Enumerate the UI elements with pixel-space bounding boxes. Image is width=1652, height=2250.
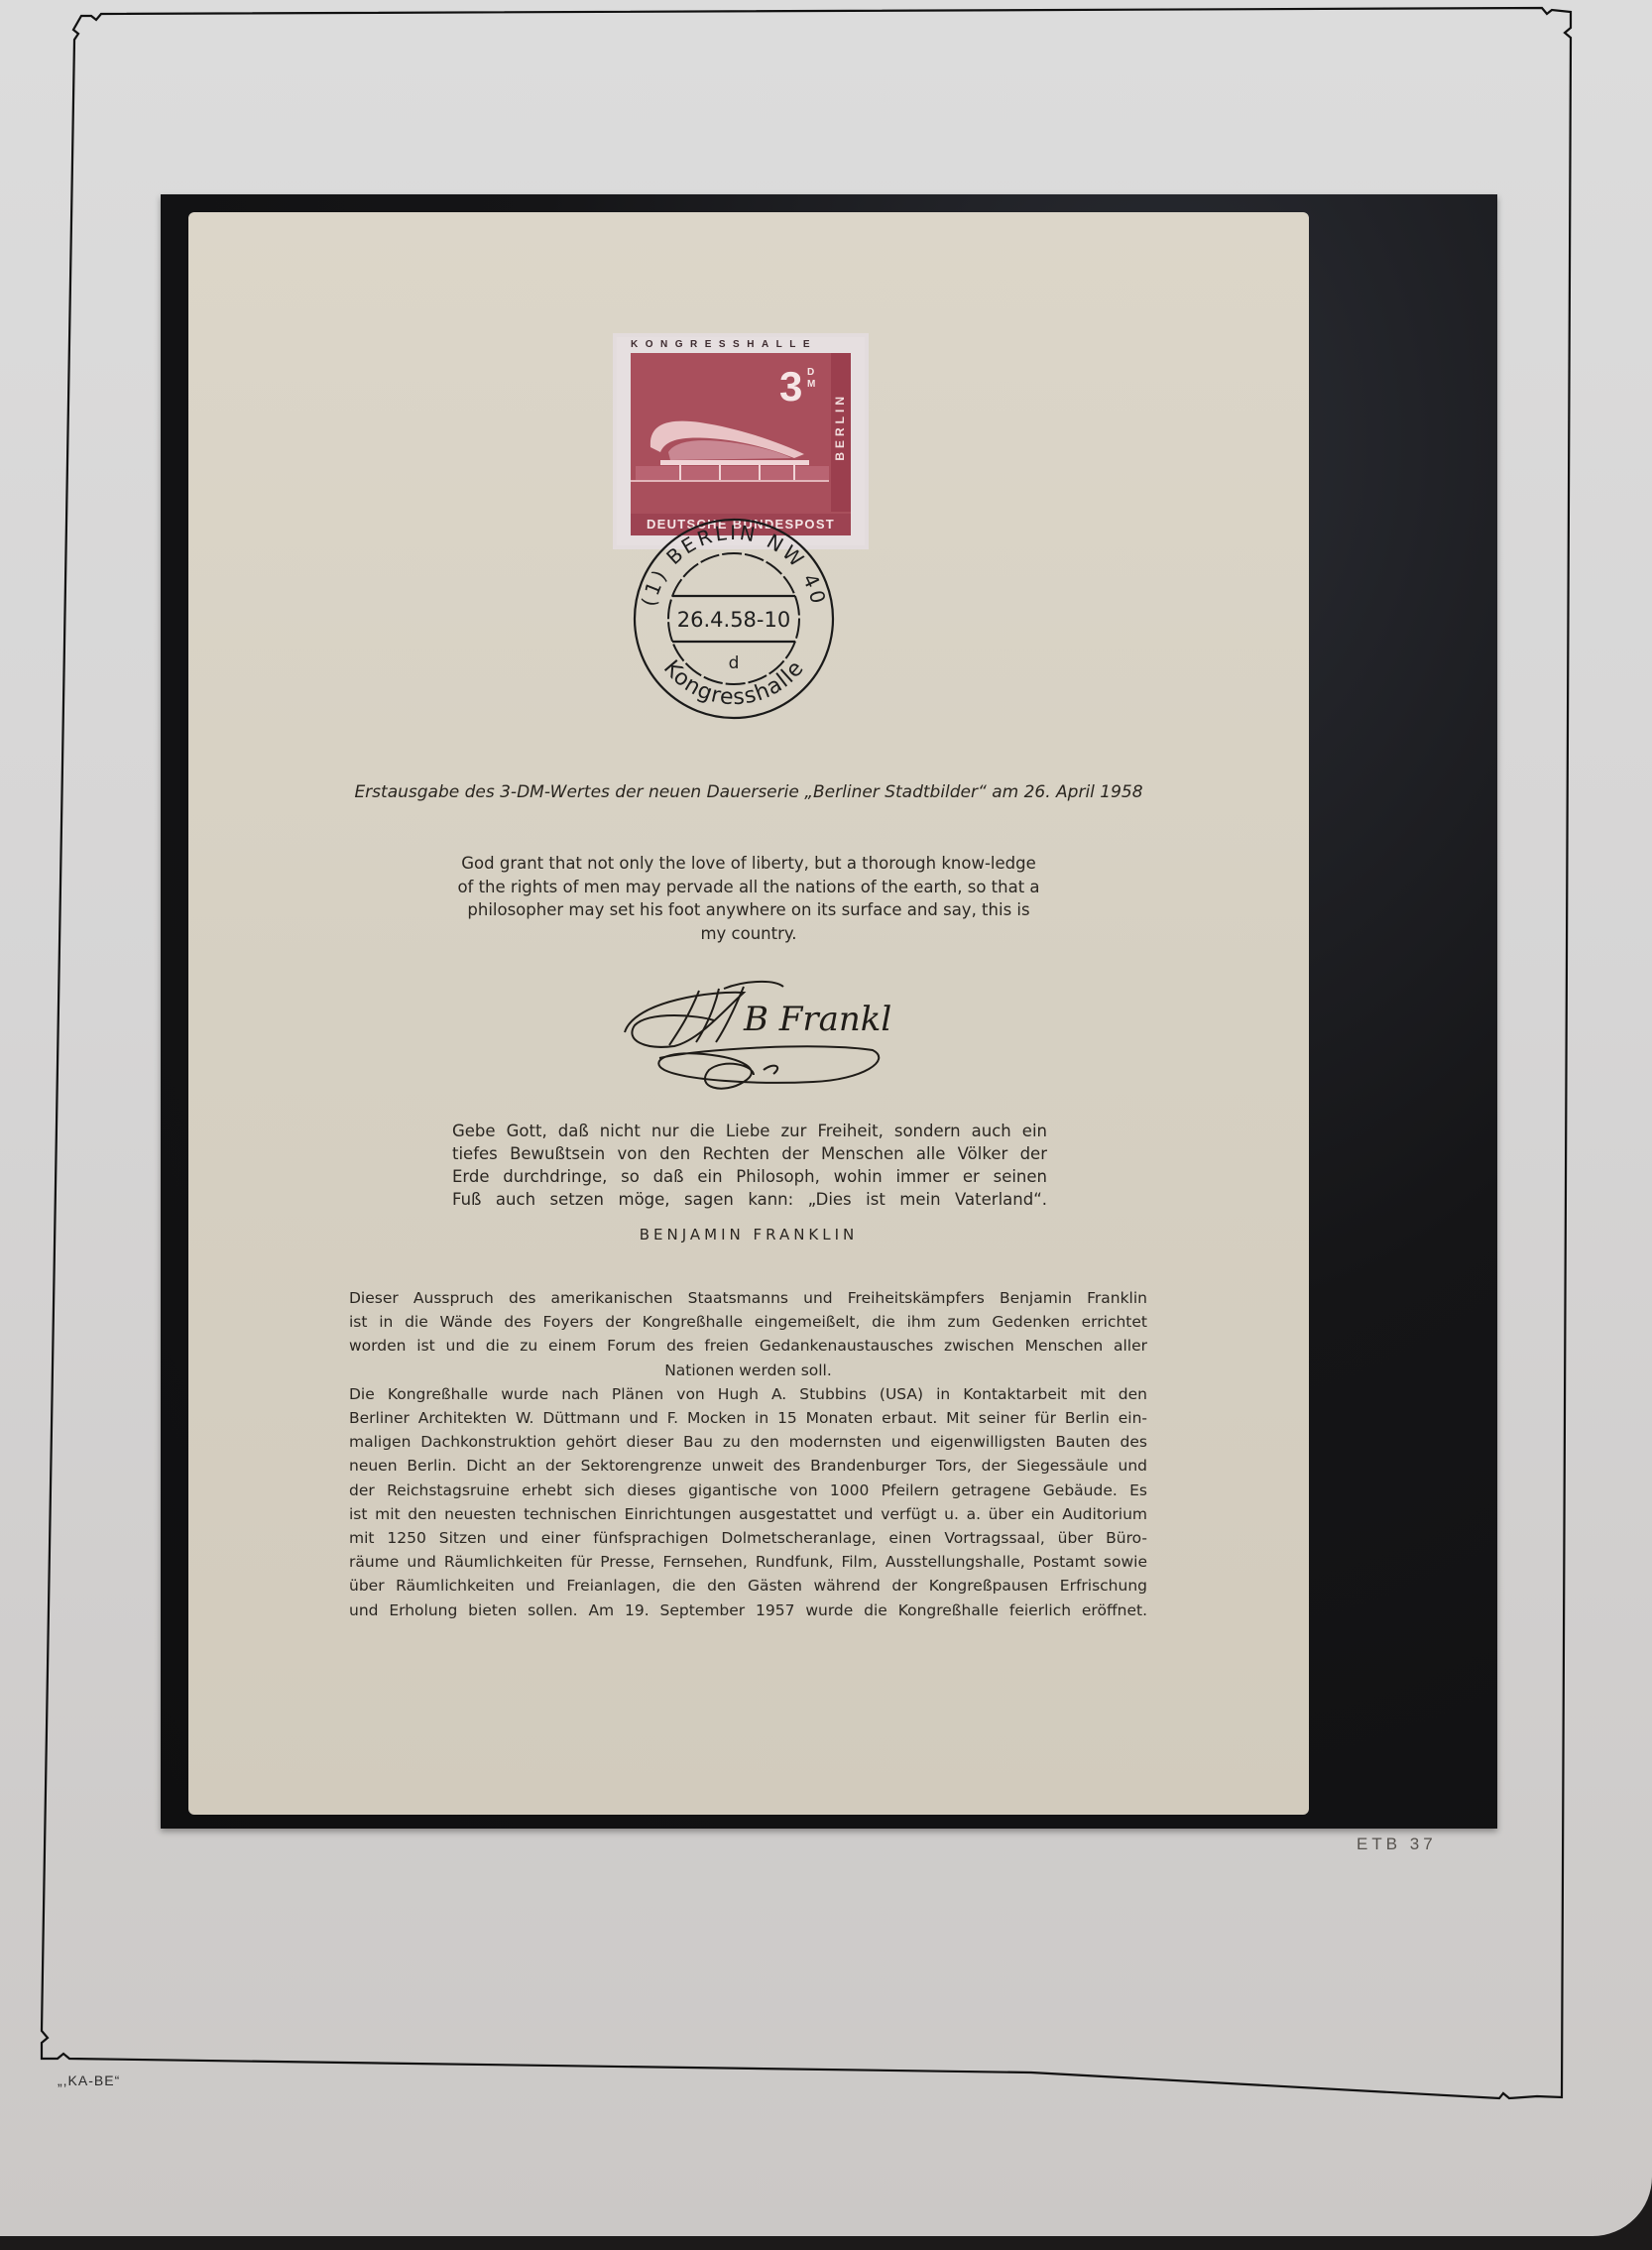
description-line: worden ist und die zu einem Forum des fr…	[349, 1334, 1147, 1358]
description-line: maligen Dachkonstruktion gehört dieser B…	[349, 1430, 1147, 1454]
description-line: über Räumlichkeiten und Freianlagen, die…	[349, 1574, 1147, 1598]
first-day-card: KONGRESSHALLE 3 DM BERLIN DEUTSCHE BUNDE…	[188, 212, 1309, 1815]
quote-author: BENJAMIN FRANKLIN	[188, 1226, 1309, 1243]
publisher-mark: „,KA-BE“	[58, 2072, 120, 2088]
postmark-letter: d	[729, 653, 740, 673]
first-issue-caption: Erstausgabe des 3-DM-Wertes der neuen Da…	[188, 782, 1309, 802]
description-line: ist in die Wände des Foyers der Kongreßh…	[349, 1310, 1147, 1334]
description-line: ist mit den neuesten technischen Einrich…	[349, 1502, 1147, 1526]
description-line: Nationen werden soll.	[349, 1359, 1147, 1382]
stamp-top-label: KONGRESSHALLE	[631, 339, 851, 351]
german-quote-line: tiefes Bewußtsein von den Rechten der Me…	[452, 1142, 1047, 1165]
description-text: Dieser Ausspruch des amerikanischen Staa…	[349, 1286, 1147, 1622]
stamp-side-band: BERLIN	[831, 353, 851, 512]
description-line: räume und Räumlichkeiten für Presse, Fer…	[349, 1550, 1147, 1574]
stamp-unit: DM	[807, 367, 817, 391]
postmark-cancellation: (1) BERLIN NW 40 26.4.58-10 d Kongressha…	[615, 500, 853, 738]
german-quote-line: Gebe Gott, daß nicht nur die Liebe zur F…	[452, 1120, 1047, 1142]
stamp-value: 3	[779, 363, 802, 411]
franklin-signature: B Franklin	[605, 971, 892, 1110]
german-quote: Gebe Gott, daß nicht nur die Liebe zur F…	[452, 1120, 1047, 1211]
postmark-date: 26.4.58-10	[677, 608, 790, 632]
description-line: Die Kongreßhalle wurde nach Plänen von H…	[349, 1382, 1147, 1406]
description-line: mit 1250 Sitzen und einer fünfsprachigen…	[349, 1526, 1147, 1550]
english-quote: God grant that not only the love of libe…	[456, 852, 1041, 945]
german-quote-line: Erde durchdringe, so daß ein Philosoph, …	[452, 1165, 1047, 1188]
description-line: und Erholung bieten sollen. Am 19. Septe…	[349, 1599, 1147, 1622]
description-line: Berliner Architekten W. Düttmann und F. …	[349, 1406, 1147, 1430]
pencil-catalog-note: ETB 37	[1357, 1835, 1437, 1854]
stamp-side-label: BERLIN	[833, 393, 849, 461]
german-quote-line: Fuß auch setzen möge, sagen kann: „Dies …	[452, 1188, 1047, 1211]
signature-text: B Franklin	[743, 1000, 892, 1039]
description-line: neuen Berlin. Dicht an der Sektorengrenz…	[349, 1454, 1147, 1478]
description-line: der Reichstagsruine erhebt sich dieses g…	[349, 1479, 1147, 1502]
description-line: Dieser Ausspruch des amerikanischen Staa…	[349, 1286, 1147, 1310]
